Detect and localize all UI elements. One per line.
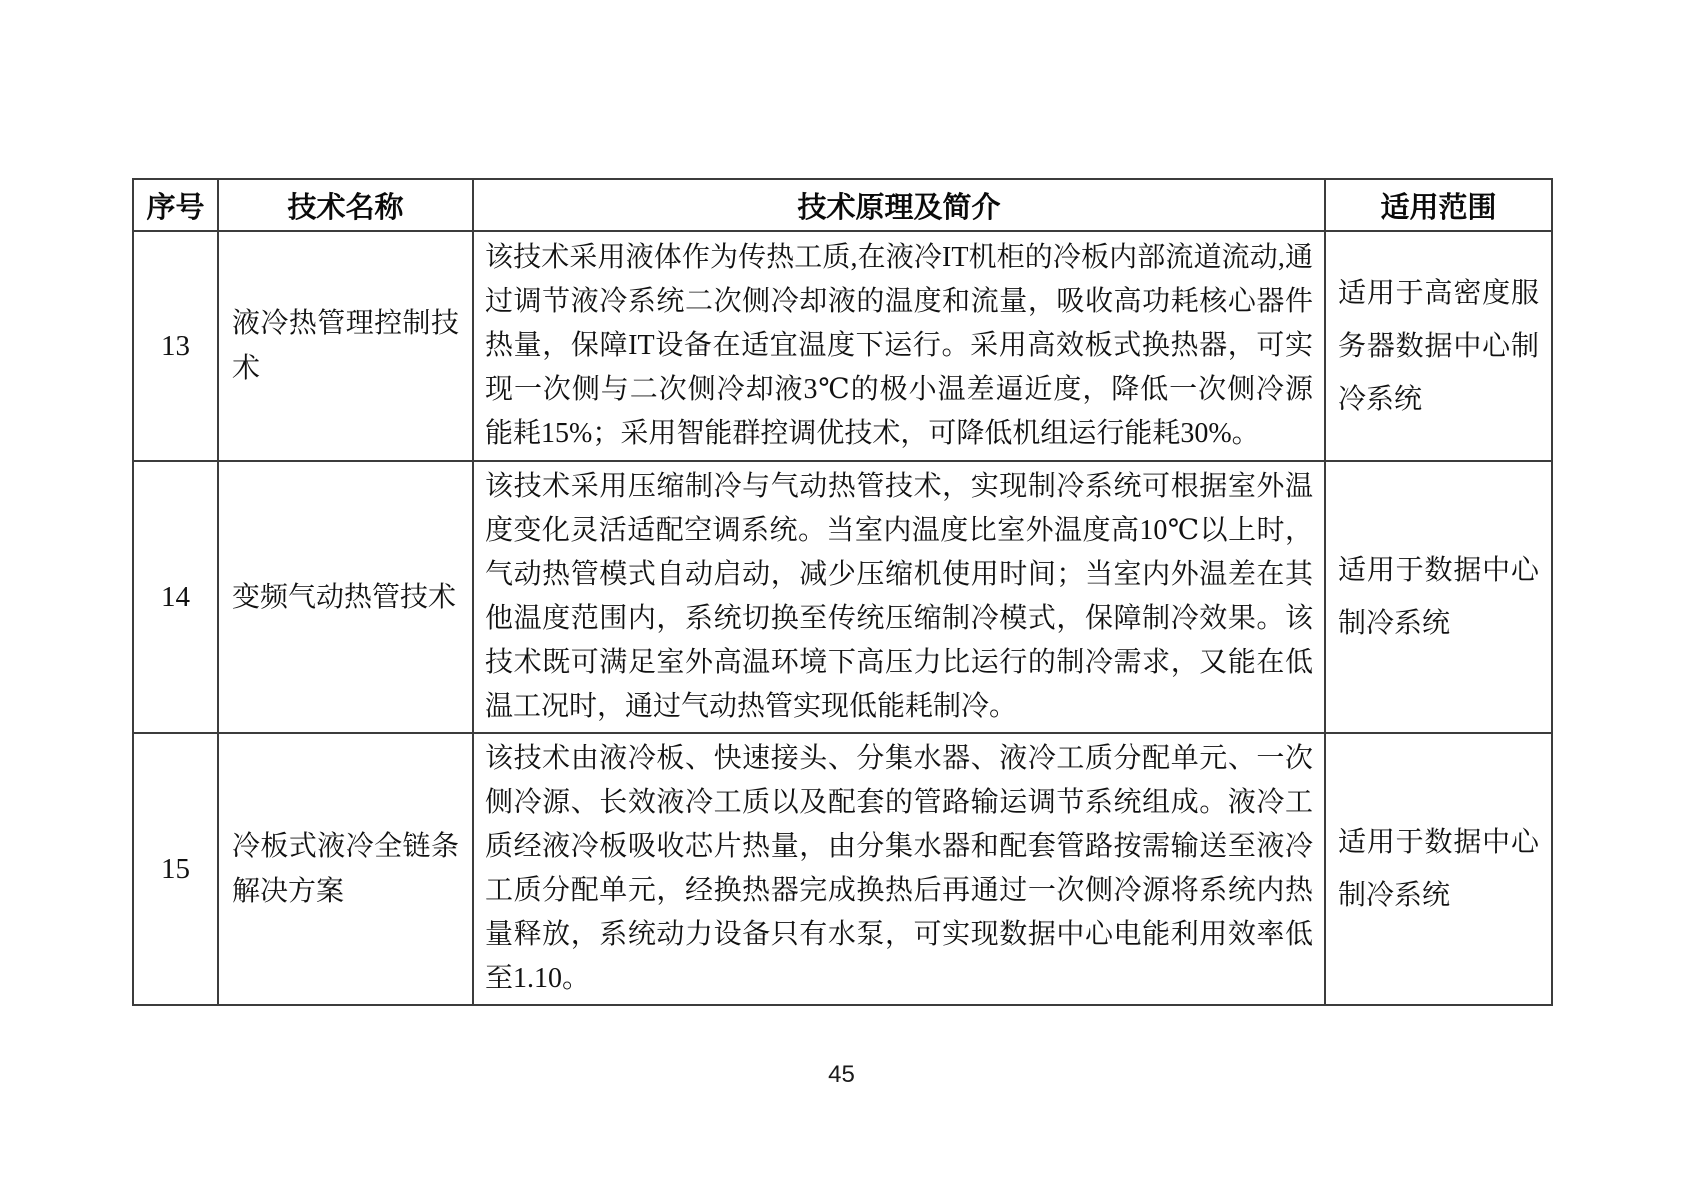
row-14-tech-name: 变频气动热管技术 [218,461,473,733]
row-15-scope: 适用于数据中心制冷系统 [1325,733,1552,1005]
row-14-no: 14 [133,461,218,733]
header-principle: 技术原理及简介 [473,179,1325,231]
page-number: 45 [0,1061,1683,1089]
technology-table: 序号 技术名称 技术原理及简介 适用范围 13 液冷热管理控制技术 该技术采用液… [132,178,1553,1006]
row-15-no: 15 [133,733,218,1005]
document-page: 序号 技术名称 技术原理及简介 适用范围 13 液冷热管理控制技术 该技术采用液… [0,0,1683,1190]
row-13-principle: 该技术采用液体作为传热工质,在液冷IT机柜的冷板内部流道流动,通过调节液冷系统二… [473,231,1325,461]
table-row: 13 液冷热管理控制技术 该技术采用液体作为传热工质,在液冷IT机柜的冷板内部流… [133,231,1552,461]
table-row: 14 变频气动热管技术 该技术采用压缩制冷与气动热管技术，实现制冷系统可根据室外… [133,461,1552,733]
header-tech-name: 技术名称 [218,179,473,231]
table-row: 15 冷板式液冷全链条解决方案 该技术由液冷板、快速接头、分集水器、液冷工质分配… [133,733,1552,1005]
header-scope: 适用范围 [1325,179,1552,231]
table-header-row: 序号 技术名称 技术原理及简介 适用范围 [133,179,1552,231]
row-15-principle: 该技术由液冷板、快速接头、分集水器、液冷工质分配单元、一次侧冷源、长效液冷工质以… [473,733,1325,1005]
row-15-tech-name: 冷板式液冷全链条解决方案 [218,733,473,1005]
row-14-scope: 适用于数据中心制冷系统 [1325,461,1552,733]
row-13-tech-name: 液冷热管理控制技术 [218,231,473,461]
row-13-no: 13 [133,231,218,461]
row-14-principle: 该技术采用压缩制冷与气动热管技术，实现制冷系统可根据室外温度变化灵活适配空调系统… [473,461,1325,733]
row-13-scope: 适用于高密度服务器数据中心制冷系统 [1325,231,1552,461]
header-no: 序号 [133,179,218,231]
